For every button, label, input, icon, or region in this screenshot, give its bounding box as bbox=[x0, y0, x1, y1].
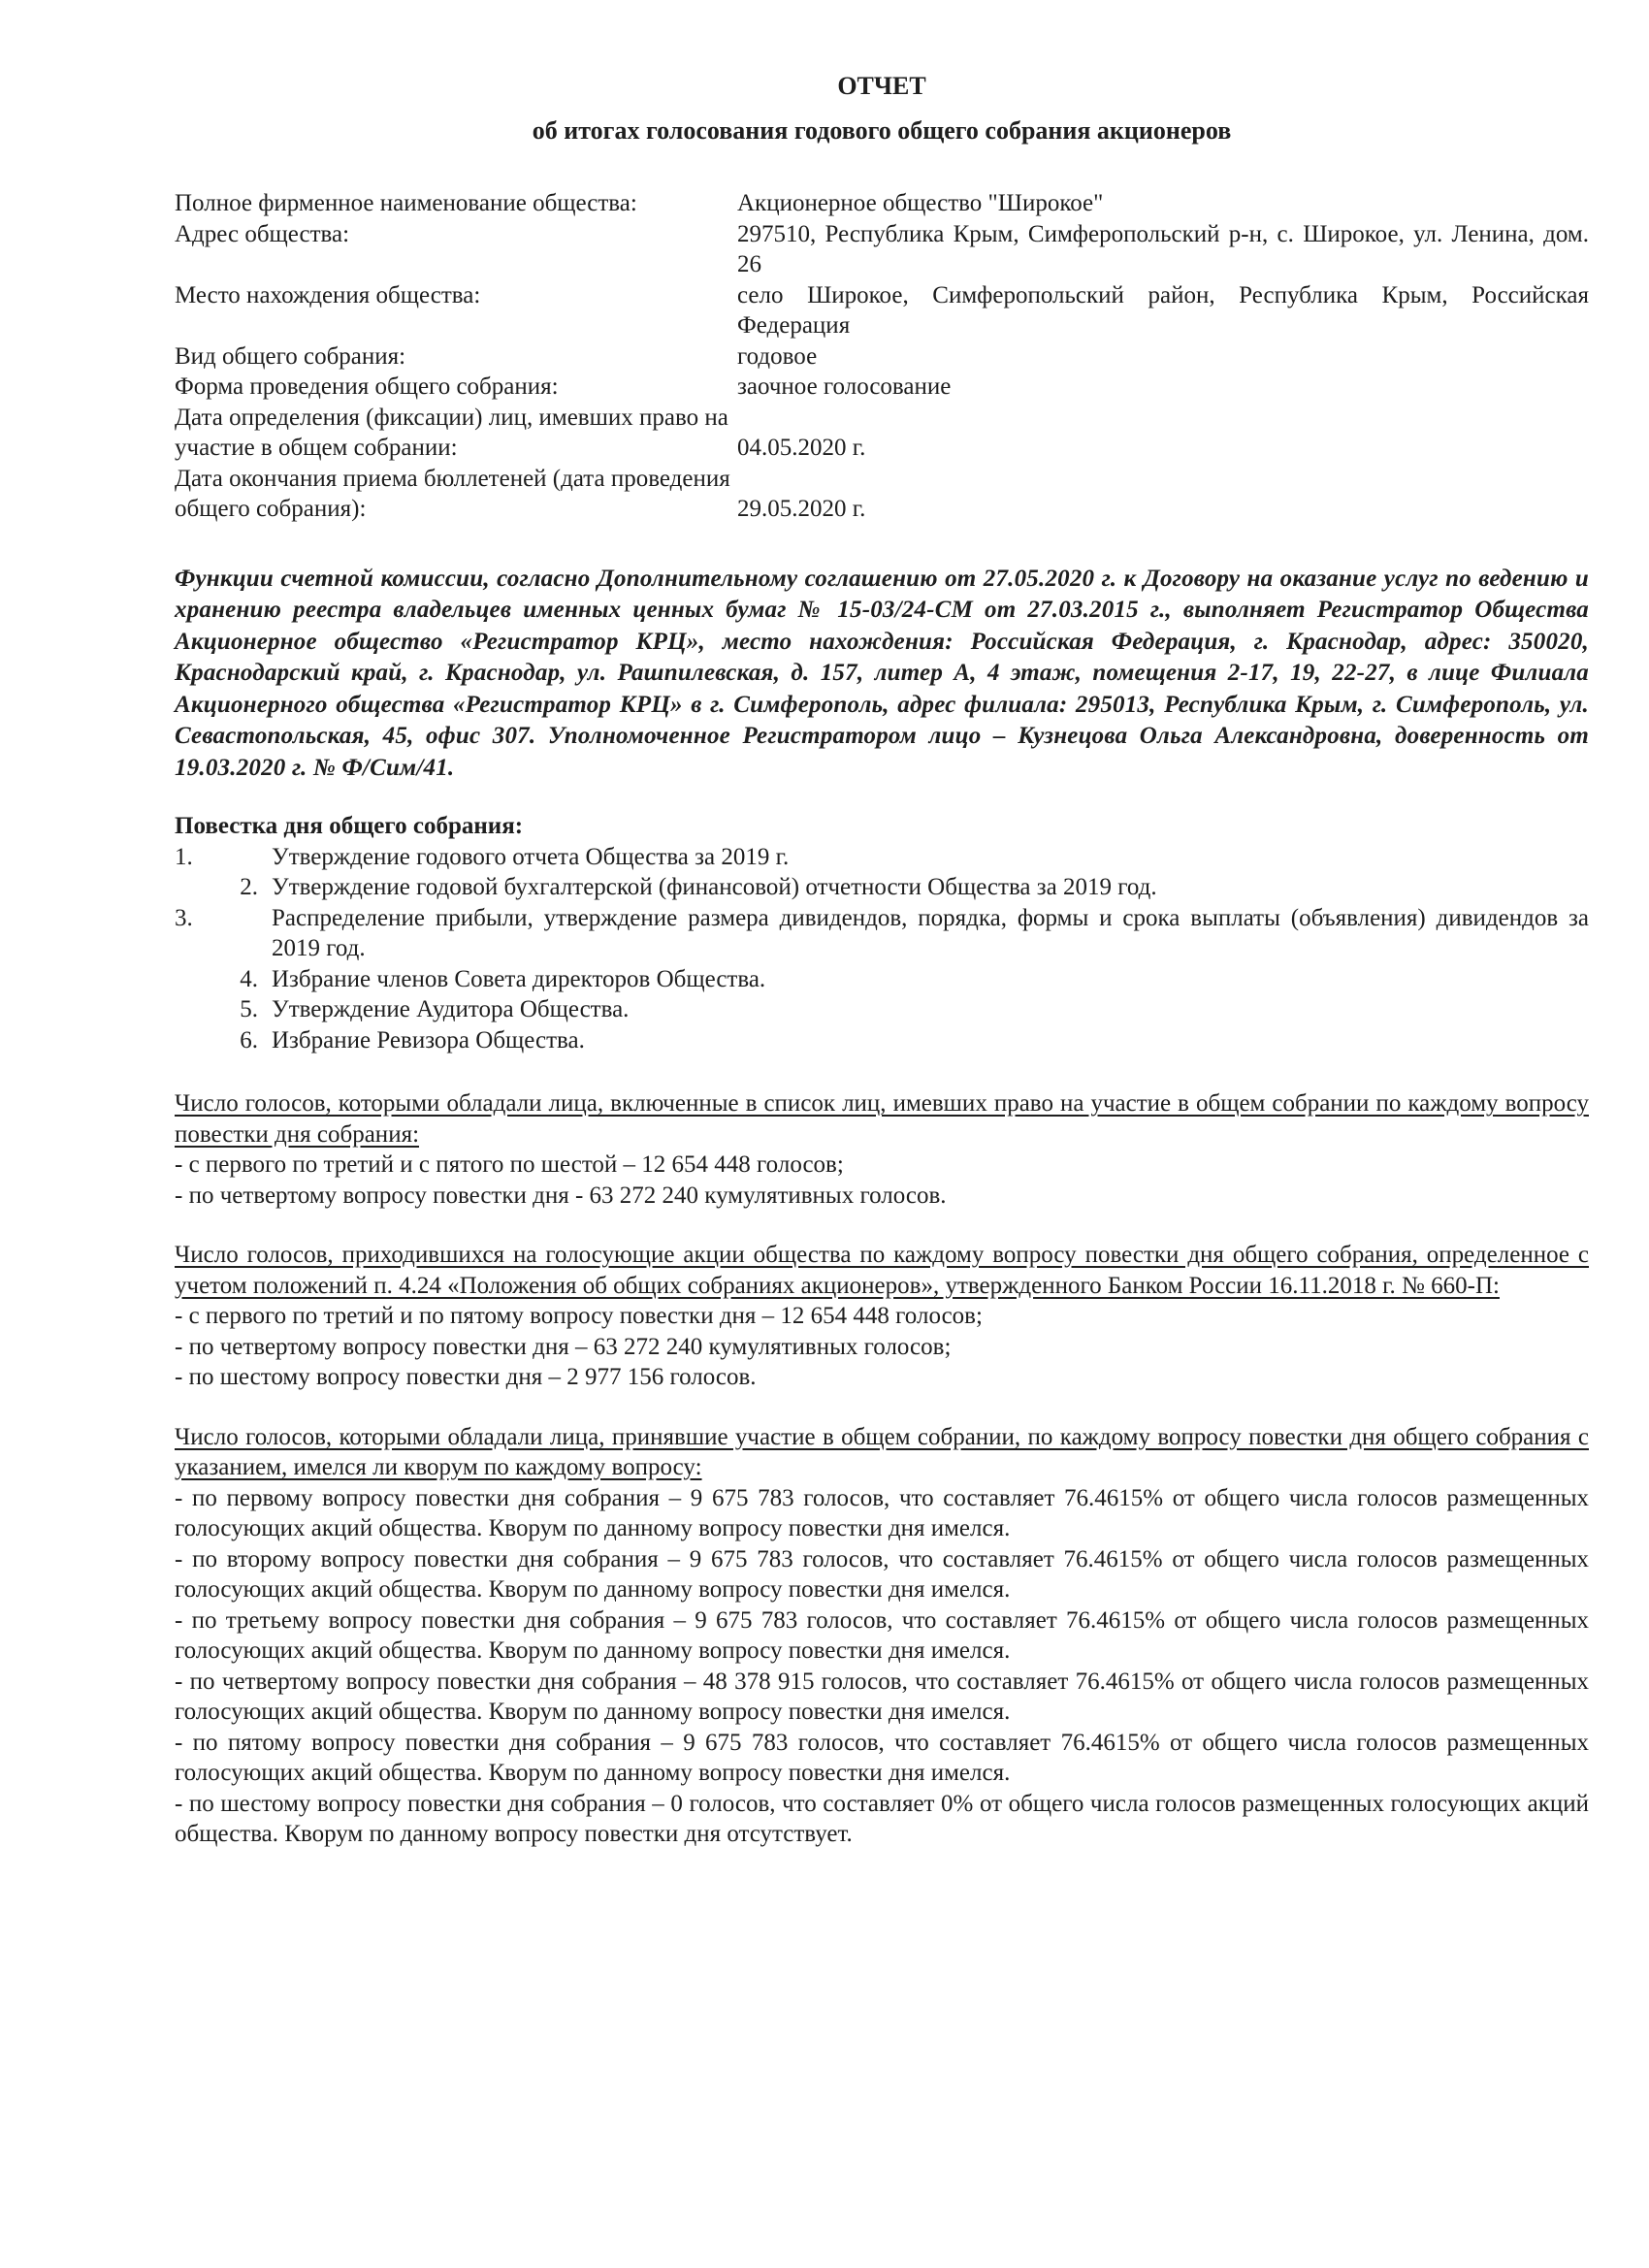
agenda-item: 6.Избрание Ревизора Общества. bbox=[175, 1025, 1589, 1056]
agenda-item-number: 2. bbox=[175, 872, 272, 903]
votes-per-shares-section: Число голосов, приходившихся на голосующ… bbox=[175, 1240, 1589, 1393]
info-row-company-name: Полное фирменное наименование общества: … bbox=[175, 188, 1589, 219]
section-line: - с первого по третий и по пятому вопрос… bbox=[175, 1301, 1589, 1332]
info-row-meeting-date: Дата окончания приема бюллетеней (дата п… bbox=[175, 464, 1589, 525]
info-row-meeting-type: Вид общего собрания: годовое bbox=[175, 341, 1589, 373]
document-title: ОТЧЕТ bbox=[175, 70, 1589, 103]
counting-commission-paragraph: Функции счетной комиссии, согласно Допол… bbox=[175, 564, 1589, 785]
agenda-item: 5.Утверждение Аудитора Общества. bbox=[175, 994, 1589, 1025]
agenda-item: 1.Утверждение годового отчета Общества з… bbox=[175, 842, 1589, 873]
info-row-address: Адрес общества: 297510, Республика Крым,… bbox=[175, 219, 1589, 280]
section-line: - по четвертому вопросу повестки дня - 6… bbox=[175, 1181, 1589, 1212]
agenda-heading: Повестка дня общего собрания: bbox=[175, 811, 1589, 842]
section-line: - по шестому вопросу повестки дня – 2 97… bbox=[175, 1362, 1589, 1393]
document-page: ОТЧЕТ об итогах голосования годового общ… bbox=[175, 70, 1589, 1850]
info-label: Вид общего собрания: bbox=[175, 341, 737, 373]
info-value: годовое bbox=[737, 341, 1589, 373]
agenda-item-text: Избрание членов Совета директоров Общест… bbox=[272, 964, 1589, 995]
agenda-item-text: Избрание Ревизора Общества. bbox=[272, 1025, 1589, 1056]
info-row-record-date: Дата определения (фиксации) лиц, имевших… bbox=[175, 403, 1589, 464]
quorum-line: - по четвертому вопросу повестки дня соб… bbox=[175, 1667, 1589, 1728]
votes-participated-section: Число голосов, которыми обладали лица, п… bbox=[175, 1422, 1589, 1850]
agenda-item-number: 4. bbox=[175, 964, 272, 995]
agenda-item-text: Утверждение годового отчета Общества за … bbox=[272, 842, 1589, 873]
info-value: заочное голосование bbox=[737, 372, 1589, 403]
info-value: 297510, Республика Крым, Симферопольский… bbox=[737, 219, 1589, 280]
info-value: село Широкое, Симферопольский район, Рес… bbox=[737, 280, 1589, 341]
document-subtitle: об итогах голосования годового общего со… bbox=[175, 114, 1589, 147]
info-label: Место нахождения общества: bbox=[175, 280, 737, 341]
company-info-table: Полное фирменное наименование общества: … bbox=[175, 188, 1589, 525]
agenda-item-number: 1. bbox=[175, 842, 272, 873]
info-row-location: Место нахождения общества: село Широкое,… bbox=[175, 280, 1589, 341]
agenda-item-text: Утверждение годовой бухгалтерской (финан… bbox=[272, 872, 1589, 903]
info-value: Акционерное общество "Широкое" bbox=[737, 188, 1589, 219]
quorum-line: - по шестому вопросу повестки дня собран… bbox=[175, 1789, 1589, 1850]
info-value: 29.05.2020 г. bbox=[737, 464, 1589, 525]
info-label: Адрес общества: bbox=[175, 219, 737, 280]
section-line: - по четвертому вопросу повестки дня – 6… bbox=[175, 1332, 1589, 1363]
agenda-item: 2.Утверждение годовой бухгалтерской (фин… bbox=[175, 872, 1589, 903]
info-label: Дата определения (фиксации) лиц, имевших… bbox=[175, 403, 737, 464]
info-value: 04.05.2020 г. bbox=[737, 403, 1589, 464]
agenda-item-text: Распределение прибыли, утверждение разме… bbox=[272, 903, 1589, 964]
agenda-item-text: Утверждение Аудитора Общества. bbox=[272, 994, 1589, 1025]
section-heading: Число голосов, которыми обладали лица, п… bbox=[175, 1422, 1589, 1483]
info-label: Дата окончания приема бюллетеней (дата п… bbox=[175, 464, 737, 525]
quorum-line: - по пятому вопросу повестки дня собрани… bbox=[175, 1728, 1589, 1789]
section-heading: Число голосов, приходившихся на голосующ… bbox=[175, 1240, 1589, 1301]
info-label: Форма проведения общего собрания: bbox=[175, 372, 737, 403]
agenda-item: 4.Избрание членов Совета директоров Обще… bbox=[175, 964, 1589, 995]
agenda-item-number: 6. bbox=[175, 1025, 272, 1056]
quorum-line: - по третьему вопросу повестки дня собра… bbox=[175, 1605, 1589, 1667]
agenda-list: 1.Утверждение годового отчета Общества з… bbox=[175, 842, 1589, 1056]
info-label: Полное фирменное наименование общества: bbox=[175, 188, 737, 219]
info-row-meeting-form: Форма проведения общего собрания: заочно… bbox=[175, 372, 1589, 403]
section-heading: Число голосов, которыми обладали лица, в… bbox=[175, 1088, 1589, 1150]
quorum-line: - по второму вопросу повестки дня собран… bbox=[175, 1544, 1589, 1605]
agenda-item-number: 5. bbox=[175, 994, 272, 1025]
agenda-item: 3.Распределение прибыли, утверждение раз… bbox=[175, 903, 1589, 964]
votes-entitled-section: Число голосов, которыми обладали лица, в… bbox=[175, 1088, 1589, 1211]
agenda-item-number: 3. bbox=[175, 903, 272, 964]
agenda-section: Повестка дня общего собрания: 1.Утвержде… bbox=[175, 811, 1589, 1055]
section-line: - с первого по третий и с пятого по шест… bbox=[175, 1150, 1589, 1181]
quorum-line: - по первому вопросу повестки дня собран… bbox=[175, 1483, 1589, 1544]
